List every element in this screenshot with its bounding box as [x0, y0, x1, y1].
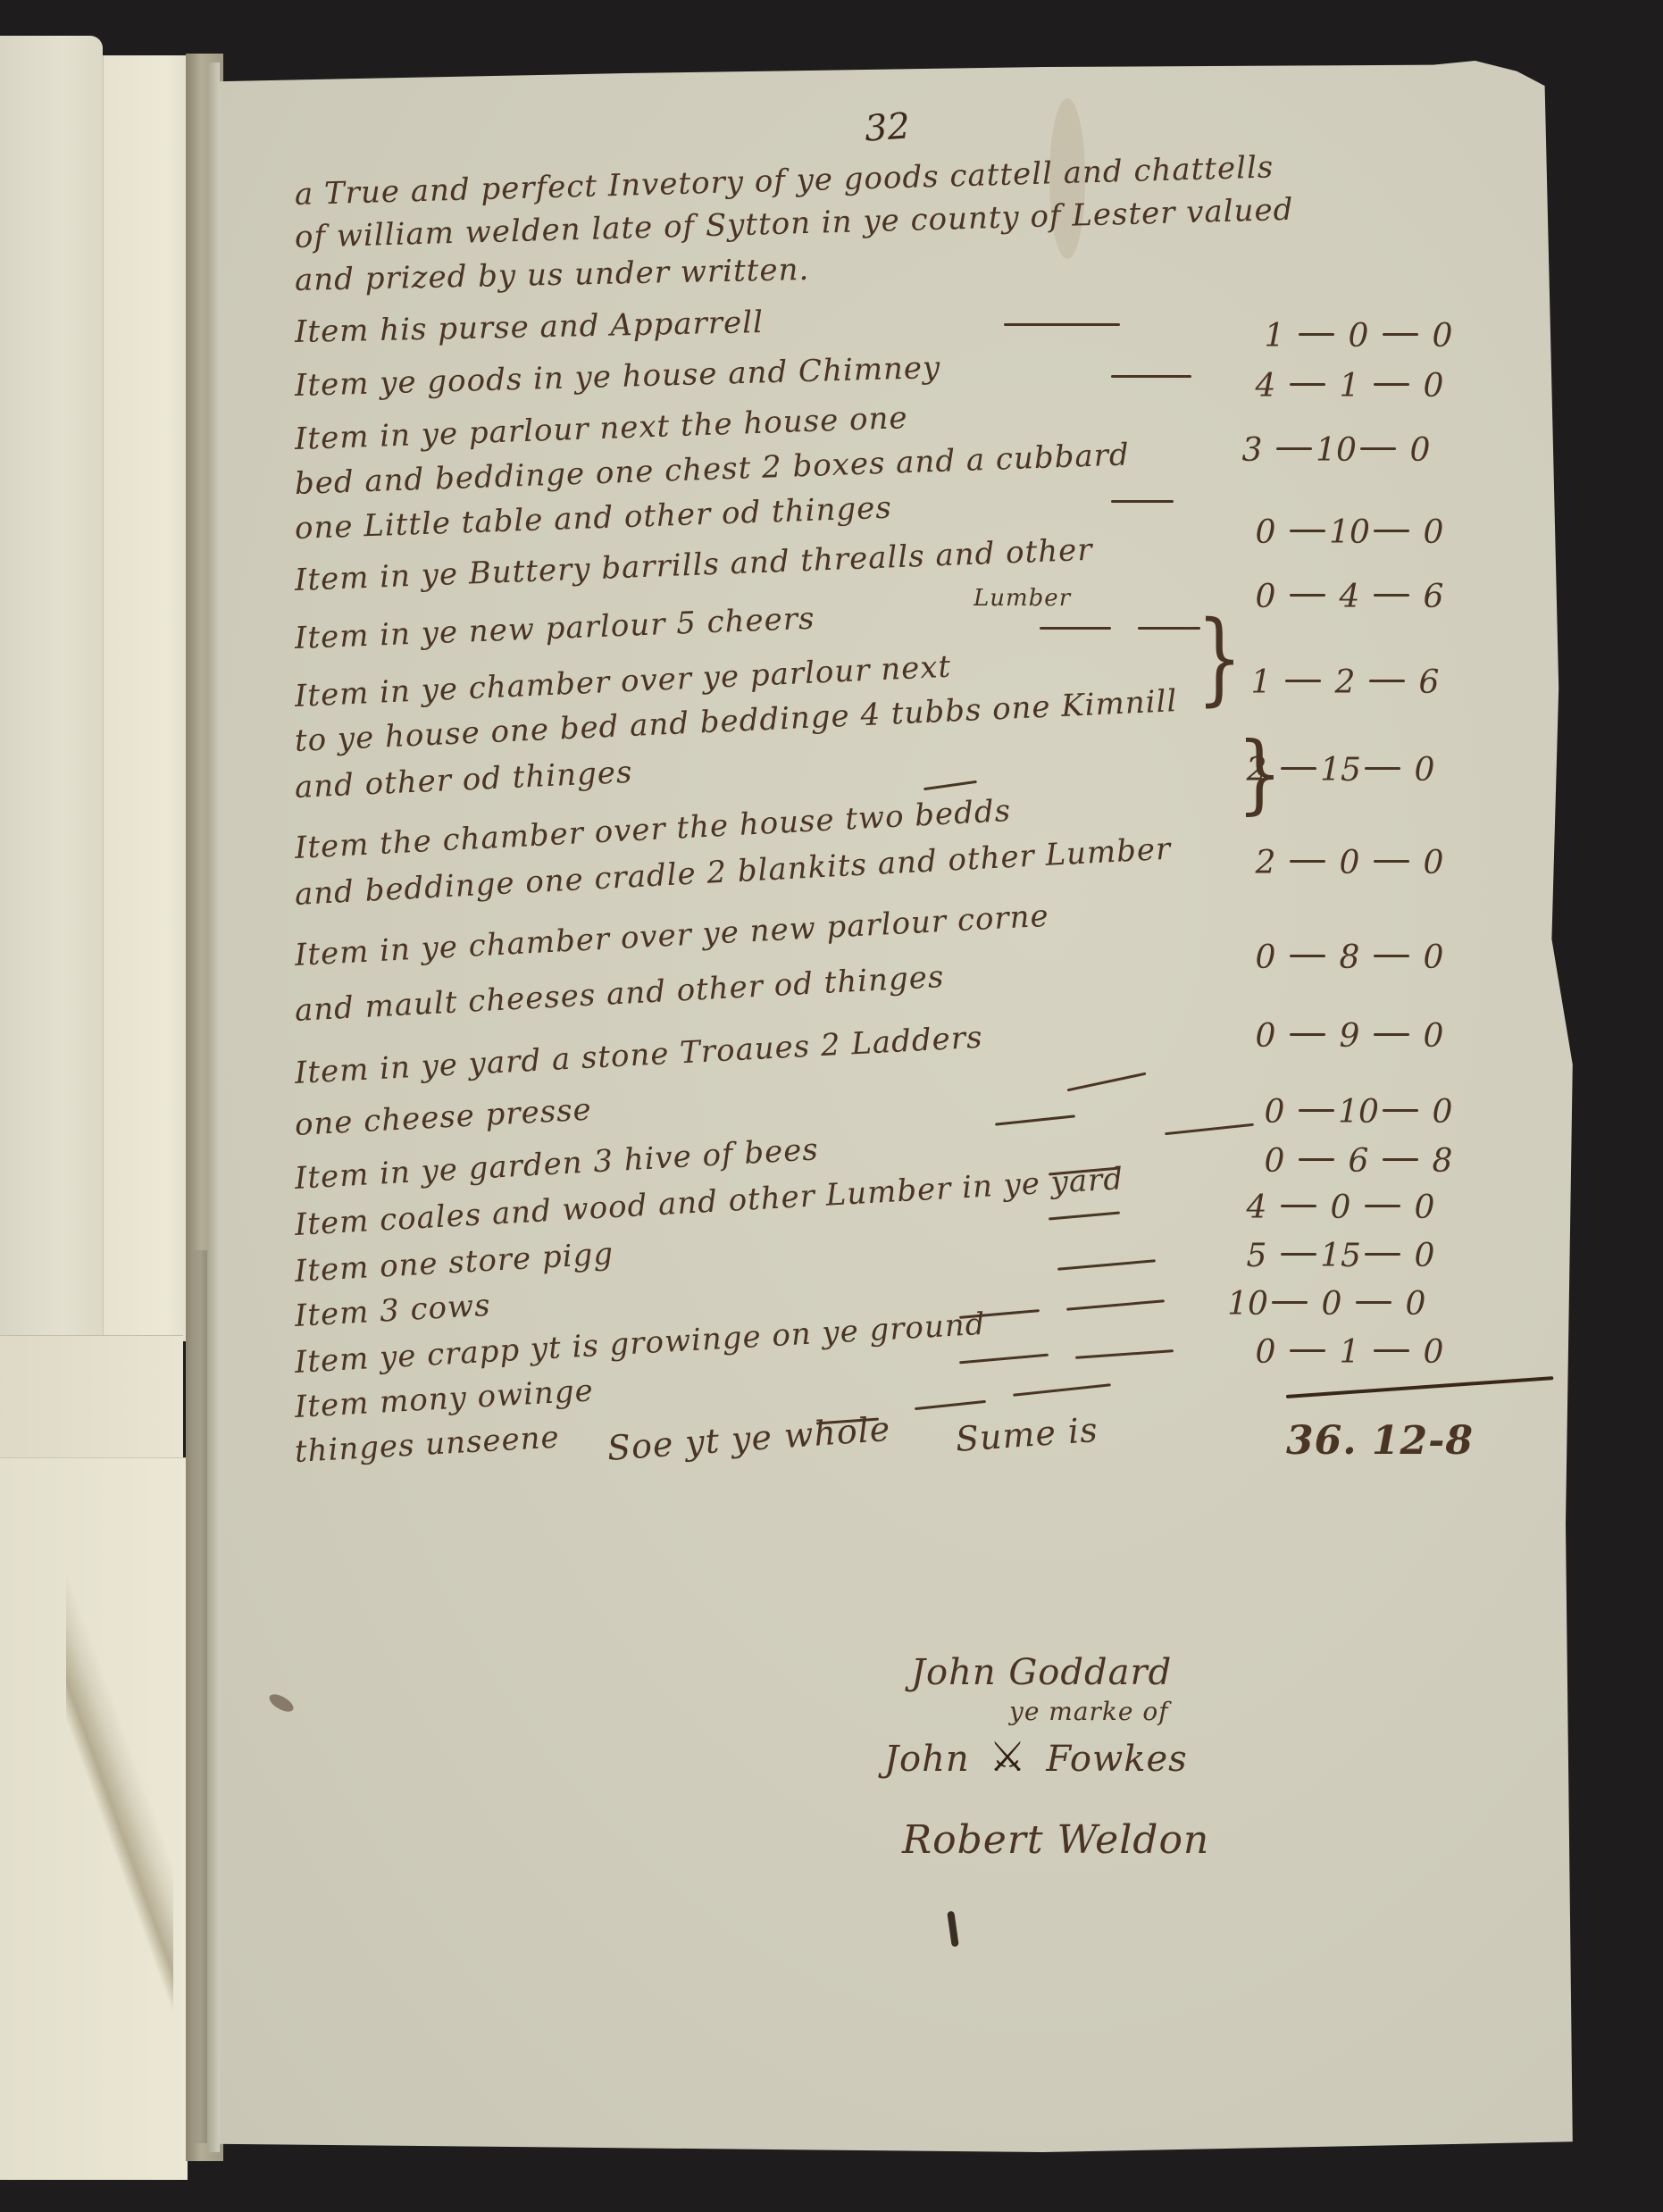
shillings: 0 — [1308, 1286, 1356, 1323]
shillings: 4 — [1325, 579, 1374, 615]
amount-row: 0 9 0 — [1241, 1018, 1458, 1055]
pence: 0 — [1409, 1018, 1458, 1055]
leader-dash — [1004, 323, 1120, 326]
amount-row: 0 1 0 — [1241, 1334, 1458, 1371]
pence: 6 — [1409, 579, 1458, 615]
pounds: 3 — [1228, 432, 1276, 469]
signature-surname: Fowkes — [1046, 1739, 1187, 1780]
pounds: 0 — [1241, 579, 1290, 615]
pence: 0 — [1400, 1189, 1449, 1226]
paper-fold-shadow — [66, 1460, 173, 2174]
pence: 0 — [1396, 432, 1444, 469]
amount-row: 2 0 0 — [1241, 845, 1458, 881]
shillings: 0 — [1334, 318, 1383, 355]
pounds: 0 — [1241, 1018, 1290, 1055]
pounds: 0 — [1250, 1094, 1299, 1131]
mark-of-label: ye marke of — [1009, 1697, 1169, 1726]
entry-buttery-line-2: Lumber — [974, 585, 1071, 612]
amount-row: 5 15 0 — [1233, 1238, 1449, 1274]
amount-row: 3 10 0 — [1228, 432, 1444, 469]
pounds: 0 — [1241, 939, 1290, 976]
amount-row: 10 0 0 — [1224, 1286, 1440, 1323]
pence: 0 — [1391, 1286, 1440, 1323]
shillings: 0 — [1316, 1189, 1365, 1226]
amount-row: 0 4 6 — [1241, 579, 1458, 615]
pence: 0 — [1409, 514, 1458, 551]
pounds: 1 — [1250, 318, 1299, 355]
amount-row: 0 10 0 — [1241, 514, 1458, 551]
leader-dash — [1040, 627, 1111, 630]
leader-dash — [1138, 627, 1200, 630]
pence: 0 — [1409, 845, 1458, 881]
signature-john-goddard: John Goddard — [911, 1652, 1172, 1693]
shillings: 1 — [1325, 368, 1374, 405]
pence: 0 — [1409, 1334, 1458, 1371]
pounds: 10 — [1224, 1286, 1272, 1323]
pounds: 5 — [1233, 1238, 1281, 1274]
shillings: 6 — [1334, 1143, 1383, 1180]
left-page-flyleaf — [103, 55, 193, 1341]
leader-dash — [1111, 500, 1174, 503]
pounds: 4 — [1233, 1189, 1281, 1226]
total-amount: 36. 12-8 — [1286, 1418, 1474, 1464]
pence: 8 — [1418, 1143, 1467, 1180]
shillings: 8 — [1325, 939, 1374, 976]
pounds: 4 — [1241, 368, 1290, 405]
shillings: 10 — [1312, 432, 1360, 469]
pence: 0 — [1418, 318, 1467, 355]
shillings: 9 — [1325, 1018, 1374, 1055]
brace-icon: } — [1197, 599, 1242, 715]
amount-row: 0 8 0 — [1241, 939, 1458, 976]
brace-icon: } — [1237, 724, 1283, 824]
leader-dash — [1111, 375, 1191, 378]
shillings: 0 — [1325, 845, 1374, 881]
pounds: 0 — [1241, 514, 1290, 551]
pence: 0 — [1400, 752, 1449, 789]
page-left-edge — [207, 63, 220, 2152]
pounds: 1 — [1237, 664, 1285, 701]
shillings: 1 — [1325, 1334, 1374, 1371]
signature-first-name: John — [884, 1739, 970, 1780]
pounds: 0 — [1241, 1334, 1290, 1371]
pounds: 0 — [1250, 1143, 1299, 1180]
shillings: 15 — [1316, 752, 1365, 789]
left-bound-pages — [0, 36, 210, 2179]
signature-mark-icon: ⚔ — [989, 1732, 1026, 1781]
pence: 0 — [1409, 939, 1458, 976]
amount-row: 0 6 8 — [1250, 1143, 1467, 1180]
shillings: 2 — [1321, 664, 1369, 701]
shillings: 10 — [1325, 514, 1374, 551]
shillings: 10 — [1334, 1094, 1383, 1131]
amount-row: 0 10 0 — [1250, 1094, 1467, 1131]
amount-row: 4 0 0 — [1233, 1189, 1449, 1226]
pence: 0 — [1400, 1238, 1449, 1274]
amount-row: 1 0 0 — [1250, 318, 1467, 355]
pence: 6 — [1405, 664, 1453, 701]
page-number: 32 — [863, 105, 911, 149]
signature-robert-weldon: Robert Weldon — [902, 1817, 1209, 1863]
pence: 0 — [1418, 1094, 1467, 1131]
pounds: 2 — [1241, 845, 1290, 881]
amount-row: 4 1 0 — [1241, 368, 1458, 405]
shillings: 15 — [1316, 1238, 1365, 1274]
amount-row: 1 2 6 — [1237, 664, 1453, 701]
pence: 0 — [1409, 368, 1458, 405]
signature-john-fowkes: John ⚔ Fowkes — [884, 1732, 1188, 1781]
